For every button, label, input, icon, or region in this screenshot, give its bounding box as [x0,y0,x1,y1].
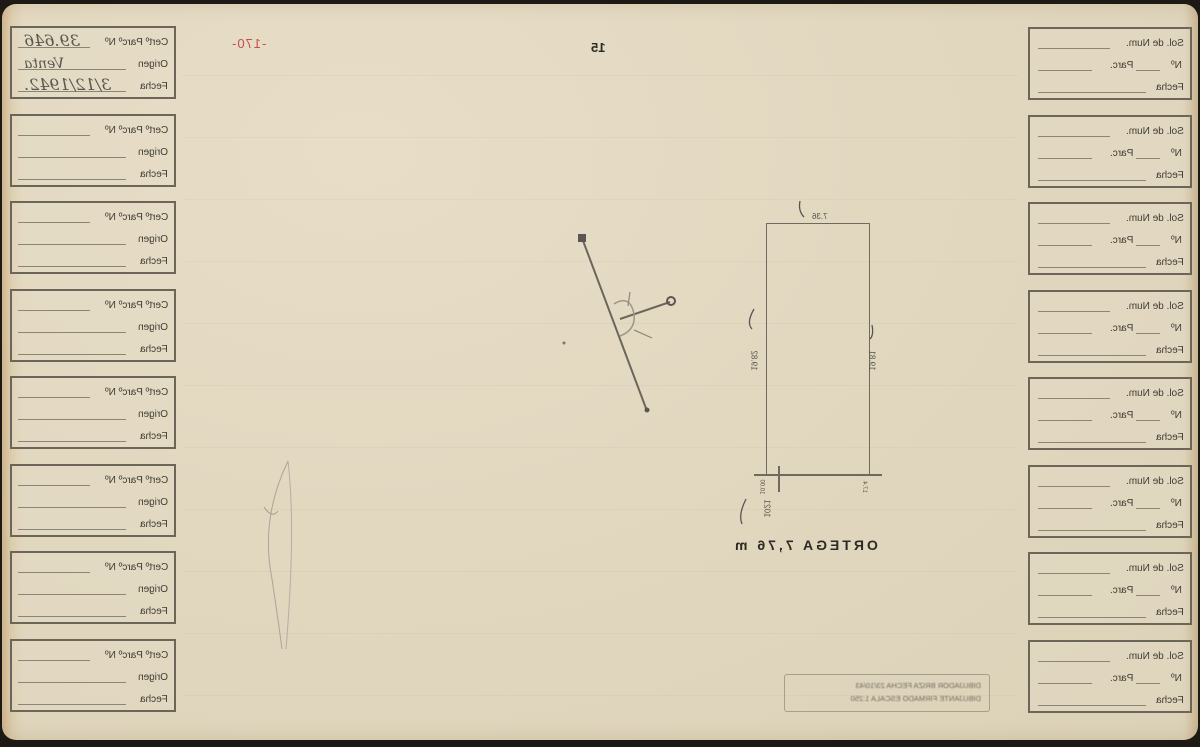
blank-line [18,310,90,311]
field-label-no: Nº [1171,498,1182,509]
blank-line [1038,442,1146,443]
blank-line [18,419,126,420]
field-row-date: Fecha [1030,77,1190,97]
blank-line [1038,398,1110,399]
field-label-cert: Certº Parcº Nº [105,37,168,48]
field-label-date: Fecha [140,256,168,267]
blank-line [1038,683,1092,684]
field-row-date: Fecha3/12/1942. [12,76,174,96]
field-row-sol: Sol. de Num. [1030,383,1190,403]
field-label-no: Nº [1171,148,1182,159]
handwritten-cert: 39.646 [24,31,80,50]
numbering-box: Sol. de Num. Parc. Nº Fecha [1028,202,1192,275]
blank-line [1038,595,1092,596]
field-label-sol: Sol. de Num. [1126,126,1184,137]
blank-line [1136,158,1160,159]
blank-line [1038,420,1092,421]
blank-line [1038,223,1110,224]
field-row-sol: Sol. de Num. [1030,121,1190,141]
blank-line [18,179,126,180]
field-label-no: Nº [1171,235,1182,246]
field-label-date: Fecha [1156,695,1184,706]
certificate-box: Certº Parcº NºOrigenFecha [10,114,176,187]
field-label-sol: Sol. de Num. [1126,301,1184,312]
field-row-no-parc: Parc. Nº [1030,668,1190,688]
blank-line [1038,158,1092,159]
field-label-date: Fecha [1156,257,1184,268]
blank-line [1038,267,1146,268]
field-row-sol: Sol. de Num. [1030,646,1190,666]
field-label-parc: Parc. [1110,323,1133,334]
blank-line [1136,70,1160,71]
blank-line [1038,508,1092,509]
numbering-box: Sol. de Num. Parc. Nº Fecha [1028,115,1192,188]
field-row-sol: Sol. de Num. [1030,208,1190,228]
field-row-origin: Origen [12,317,174,337]
blank-line [1136,245,1160,246]
field-row-sol: Sol. de Num. [1030,471,1190,491]
blank-line [18,485,90,486]
field-label-cert: Certº Parcº Nº [105,125,168,136]
field-row-no-parc: Parc. Nº [1030,230,1190,250]
field-label-date: Fecha [140,431,168,442]
street-label: ORTEGA 7,76 m [732,537,878,553]
field-row-date: Fecha [12,426,174,446]
field-row-date: Fecha [12,251,174,271]
field-row-cert: Certº Parcº Nº [12,295,174,315]
field-row-no-parc: Parc. Nº [1030,405,1190,425]
blank-line [1038,48,1110,49]
field-label-origin: Origen [138,234,168,245]
field-label-parc: Parc. [1110,498,1133,509]
blank-line [1038,333,1092,334]
certificate-box: Certº Parcº NºOrigenFecha [10,201,176,274]
field-label-date: Fecha [1156,82,1184,93]
blank-line [18,594,126,595]
field-row-origin: OrigenVenta [12,54,174,74]
field-label-cert: Certº Parcº Nº [105,387,168,398]
field-label-parc: Parc. [1110,585,1133,596]
field-label-no: Nº [1171,673,1182,684]
blank-line [18,135,90,136]
draftsman-stamp: DIBUJADOR BRIZA FECHA 23/10/43 DIBUJANTE… [784,674,990,712]
field-label-origin: Origen [138,584,168,595]
field-label-parc: Parc. [1110,60,1133,71]
certificate-box: Certº Parcº Nº39.646OrigenVentaFecha3/12… [10,26,176,99]
numbering-box: Sol. de Num. Parc. Nº Fecha [1028,465,1192,538]
field-row-cert: Certº Parcº Nº39.646 [12,32,174,52]
field-label-sol: Sol. de Num. [1126,213,1184,224]
field-row-date: Fecha [1030,165,1190,185]
field-row-date: Fecha [1030,427,1190,447]
blank-line [18,157,126,158]
blank-line [1038,573,1110,574]
field-row-origin: Origen [12,492,174,512]
field-row-no-parc: Parc. Nº [1030,143,1190,163]
field-label-cert: Certº Parcº Nº [105,212,168,223]
field-label-sol: Sol. de Num. [1126,651,1184,662]
blank-line [18,572,90,573]
field-label-sol: Sol. de Num. [1126,38,1184,49]
blank-line [18,332,126,333]
field-row-cert: Certº Parcº Nº [12,470,174,490]
field-label-origin: Origen [138,59,168,70]
blank-line [18,660,90,661]
blank-line [1038,705,1146,706]
field-label-no: Nº [1171,60,1182,71]
blank-line [18,616,126,617]
blank-line [18,704,126,705]
numbering-box: Sol. de Num. Parc. Nº Fecha [1028,27,1192,100]
certificate-box: Certº Parcº NºOrigenFecha [10,289,176,362]
field-label-no: Nº [1171,410,1182,421]
field-row-date: Fecha [12,514,174,534]
field-row-origin: Origen [12,229,174,249]
numbering-box: Sol. de Num. Parc. Nº Fecha [1028,290,1192,363]
numbering-box: Sol. de Num. Parc. Nº Fecha [1028,640,1192,713]
field-label-date: Fecha [1156,432,1184,443]
blank-line [1038,486,1110,487]
blank-line [18,507,126,508]
field-label-parc: Parc. [1110,235,1133,246]
field-row-sol: Sol. de Num. [1030,558,1190,578]
certificate-box: Certº Parcº NºOrigenFecha [10,639,176,712]
field-label-cert: Certº Parcº Nº [105,300,168,311]
numbering-box: Sol. de Num. Parc. Nº Fecha [1028,377,1192,450]
blank-line [1038,530,1146,531]
north-arrow-icon [562,226,682,416]
blank-line [1038,311,1110,312]
pencil-sketch [252,459,312,659]
field-label-origin: Origen [138,147,168,158]
blank-line [1038,617,1146,618]
blank-line [18,244,126,245]
field-label-date: Fecha [140,81,168,92]
field-label-origin: Origen [138,497,168,508]
blank-line [1136,333,1160,334]
certificate-box: Certº Parcº NºOrigenFecha [10,551,176,624]
field-label-origin: Origen [138,409,168,420]
blank-line [18,441,126,442]
handwritten-date: 3/12/1942. [24,75,111,94]
blank-line [1136,508,1160,509]
field-label-date: Fecha [140,519,168,530]
field-label-cert: Certº Parcº Nº [105,650,168,661]
field-row-date: Fecha [12,164,174,184]
blank-line [18,354,126,355]
red-reference-number: -170- [231,36,266,51]
blank-line [1038,180,1146,181]
field-row-date: Fecha [1030,602,1190,622]
field-row-cert: Certº Parcº Nº [12,120,174,140]
blank-line [1136,595,1160,596]
field-row-date: Fecha [12,339,174,359]
blank-line [18,682,126,683]
field-row-date: Fecha [1030,515,1190,535]
blank-line [18,397,90,398]
field-row-date: Fecha [1030,340,1190,360]
field-row-cert: Certº Parcº Nº [12,557,174,577]
field-row-origin: Origen [12,404,174,424]
blank-line [18,266,126,267]
blank-line [1136,420,1160,421]
certificate-box: Certº Parcº NºOrigenFecha [10,464,176,537]
field-label-date: Fecha [140,606,168,617]
field-label-date: Fecha [140,694,168,705]
field-label-no: Nº [1171,585,1182,596]
blank-line [1136,683,1160,684]
page-number: 15 [591,40,605,55]
blank-line [1038,355,1146,356]
field-row-cert: Certº Parcº Nº [12,207,174,227]
field-row-date: Fecha [12,689,174,709]
field-label-origin: Origen [138,672,168,683]
pencil-marks [732,199,882,529]
field-row-sol: Sol. de Num. [1030,296,1190,316]
field-row-no-parc: Parc. Nº [1030,55,1190,75]
field-label-parc: Parc. [1110,410,1133,421]
blank-line [1038,92,1146,93]
field-label-parc: Parc. [1110,148,1133,159]
blank-line [18,222,90,223]
field-row-no-parc: Parc. Nº [1030,493,1190,513]
field-row-origin: Origen [12,667,174,687]
blank-line [1038,661,1110,662]
field-label-sol: Sol. de Num. [1126,476,1184,487]
field-row-cert: Certº Parcº Nº [12,382,174,402]
field-label-date: Fecha [1156,607,1184,618]
field-row-date: Fecha [12,601,174,621]
numbering-box: Sol. de Num. Parc. Nº Fecha [1028,552,1192,625]
field-row-origin: Origen [12,579,174,599]
field-row-no-parc: Parc. Nº [1030,318,1190,338]
field-label-date: Fecha [140,169,168,180]
field-label-parc: Parc. [1110,673,1133,684]
field-label-date: Fecha [1156,345,1184,356]
certificate-box: Certº Parcº NºOrigenFecha [10,376,176,449]
field-row-origin: Origen [12,142,174,162]
handwritten-origin: Venta [24,56,64,72]
blank-line [1038,70,1092,71]
field-row-date: Fecha [1030,252,1190,272]
field-label-date: Fecha [1156,170,1184,181]
field-label-origin: Origen [138,322,168,333]
field-row-sol: Sol. de Num. [1030,33,1190,53]
blank-line [18,529,126,530]
blank-line [1038,136,1110,137]
field-label-cert: Certº Parcº Nº [105,475,168,486]
field-label-no: Nº [1171,323,1182,334]
field-label-cert: Certº Parcº Nº [105,562,168,573]
field-row-no-parc: Parc. Nº [1030,580,1190,600]
field-row-date: Fecha [1030,690,1190,710]
cadastral-card: -170- 15 Certº Parcº Nº39.646OrigenVenta… [2,4,1198,740]
field-label-sol: Sol. de Num. [1126,563,1184,574]
field-label-date: Fecha [140,344,168,355]
field-label-sol: Sol. de Num. [1126,388,1184,399]
field-label-date: Fecha [1156,520,1184,531]
blank-line [1038,245,1092,246]
field-row-cert: Certº Parcº Nº [12,645,174,665]
